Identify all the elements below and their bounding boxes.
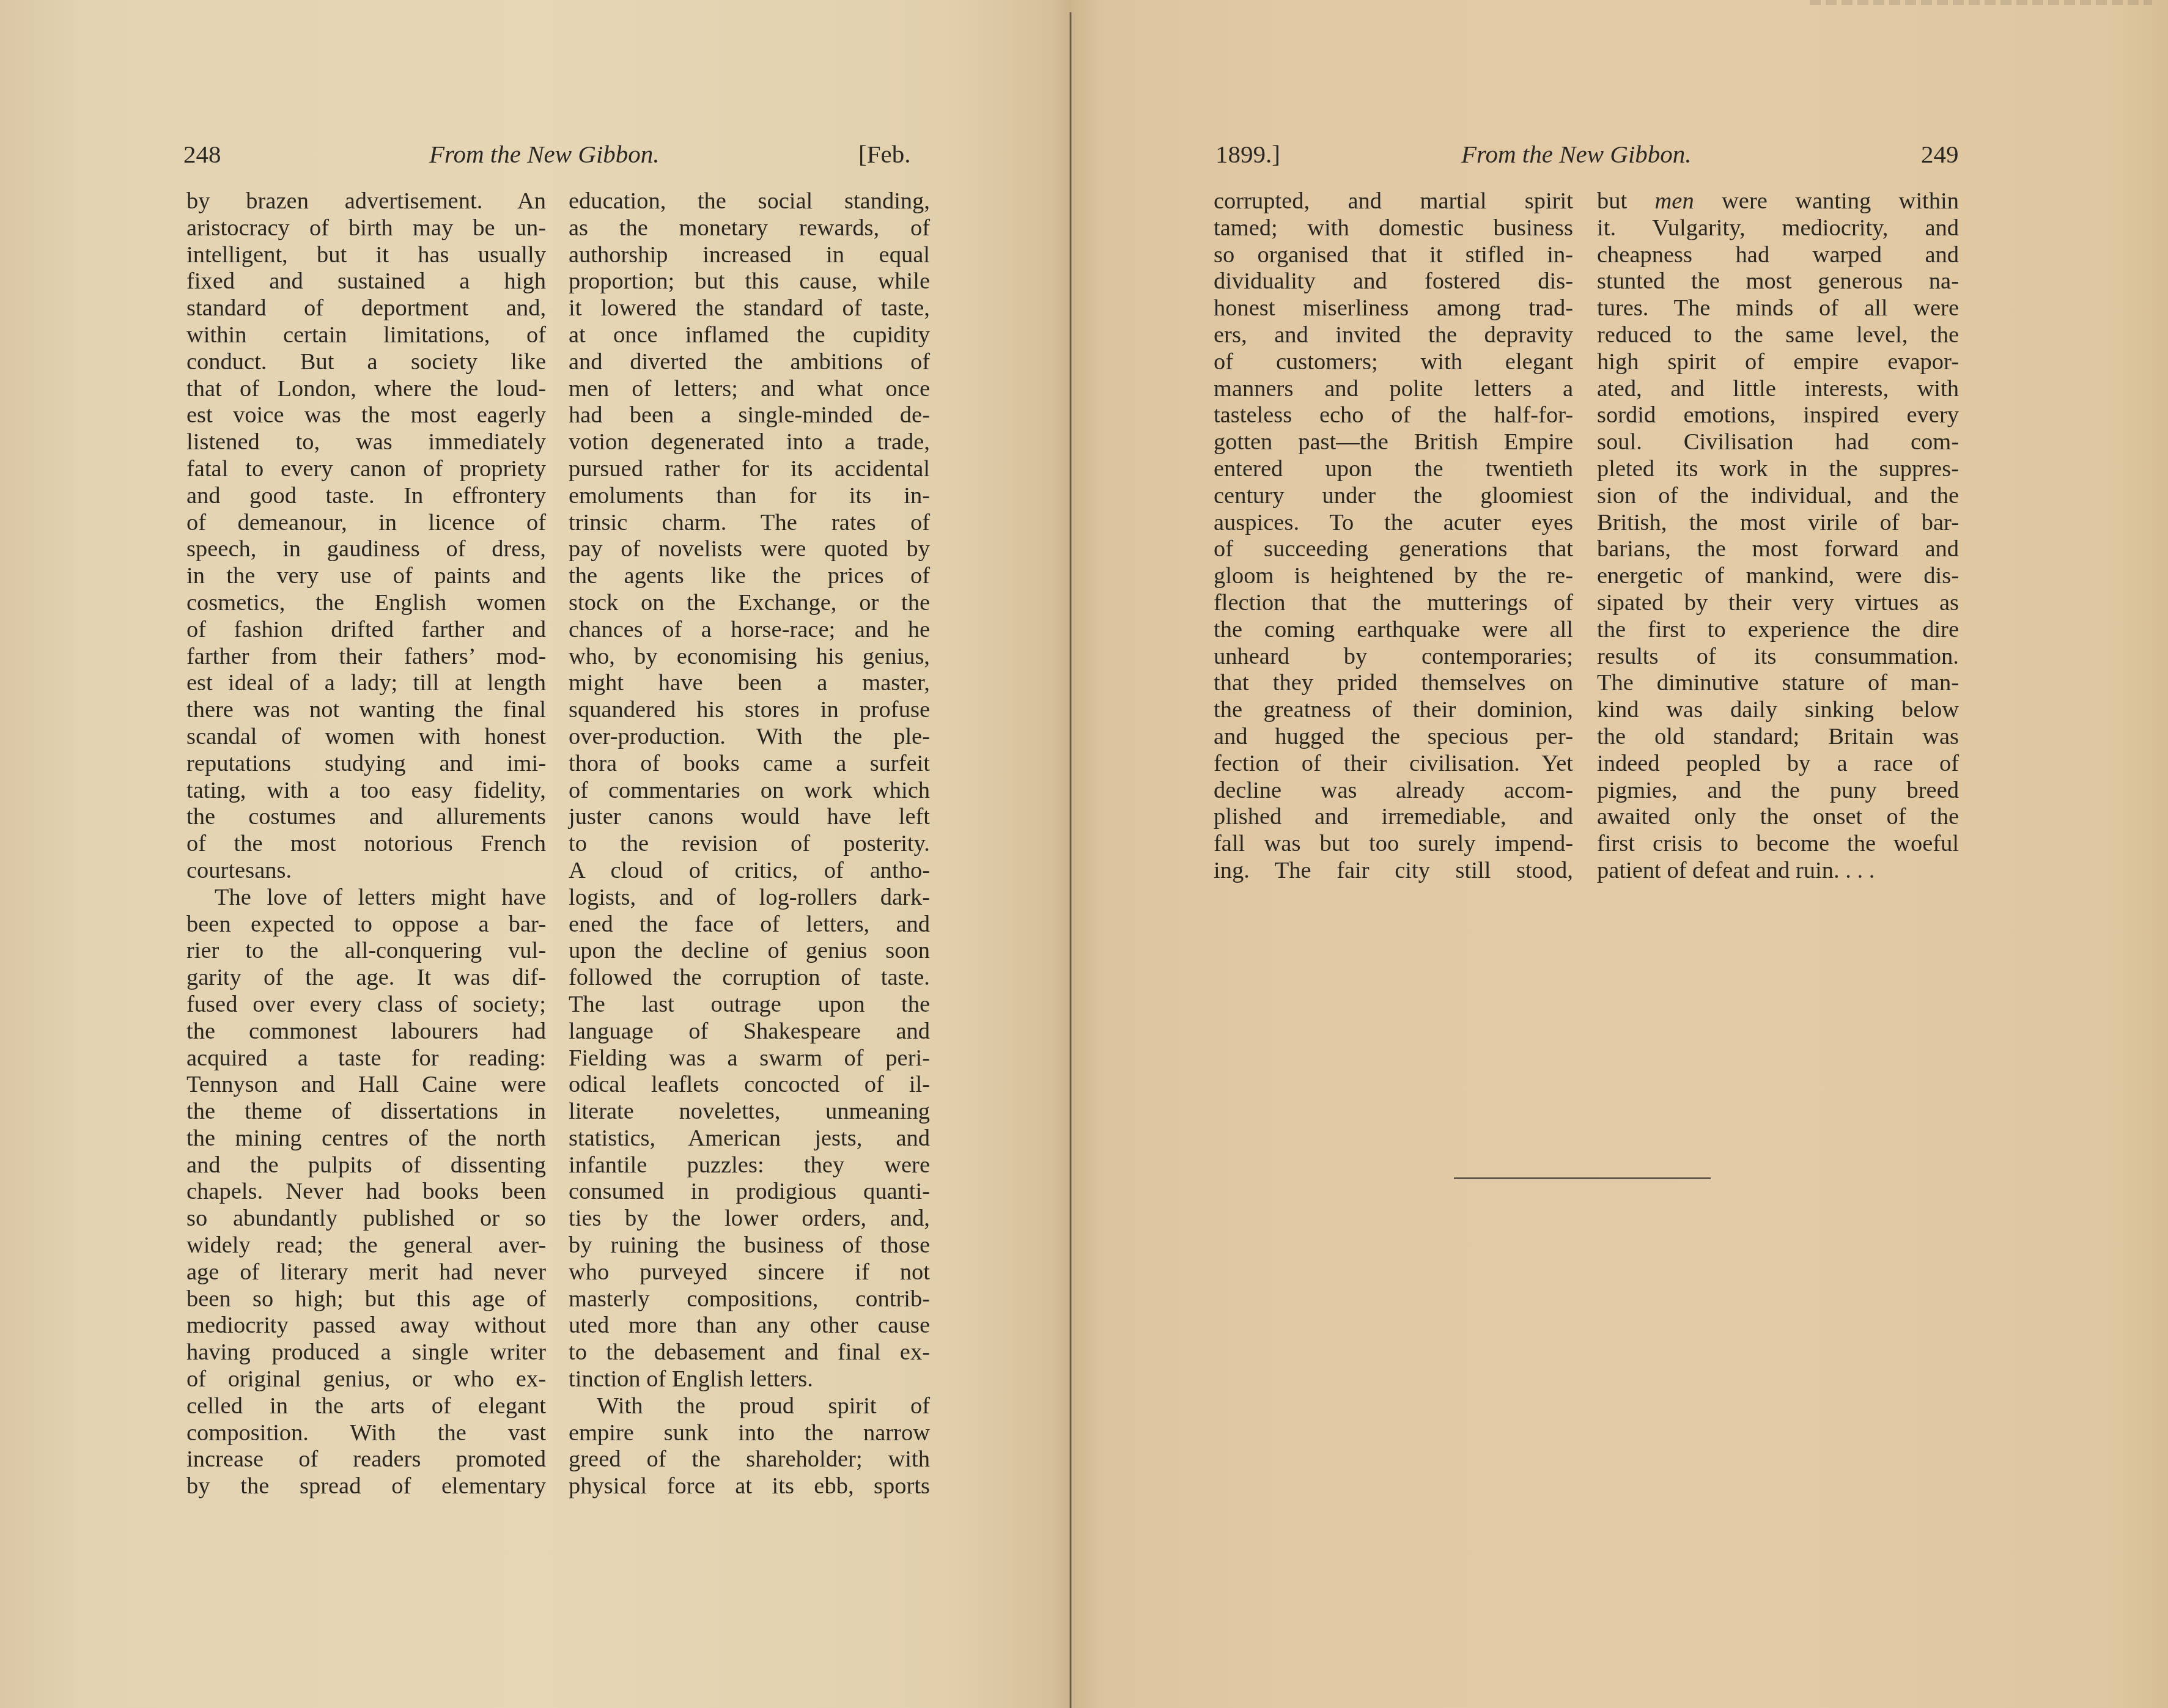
text-line: awaited only the onset of the	[1597, 804, 1959, 831]
text-line: who, by economising his genius,	[569, 644, 930, 671]
text-line: sordid emotions, inspired every	[1597, 402, 1959, 429]
text-line: at once inflamed the cupidity	[569, 322, 930, 349]
text-line: within certain limitations, of	[186, 322, 546, 349]
text-line: uted more than any other cause	[569, 1312, 930, 1339]
text-line: of fashion drifted farther and	[186, 617, 546, 644]
text-line: kind was daily sinking below	[1597, 697, 1959, 724]
book-spread: 248 From the New Gibbon. [Feb. by brazen…	[0, 0, 2168, 1708]
text-line: been so high; but this age of	[186, 1286, 546, 1313]
text-line: the agents like the prices of	[569, 563, 930, 590]
text-line: upon the decline of genius soon	[569, 938, 930, 965]
text-line: stock on the Exchange, or the	[569, 590, 930, 617]
text-line: authorship increased in equal	[569, 242, 930, 269]
text-line: the greatness of their dominion,	[1214, 697, 1573, 724]
text-line: that of London, where the loud-	[186, 376, 546, 403]
text-line: votion degenerated into a trade,	[569, 429, 930, 456]
text-line: education, the social standing,	[569, 188, 930, 215]
text-line: acquired a taste for reading:	[186, 1045, 546, 1072]
text-line: tasteless echo of the half-for-	[1214, 402, 1573, 429]
text-line: aristocracy of birth may be un-	[186, 215, 546, 242]
text-line: The diminutive stature of man-	[1597, 670, 1959, 697]
text-line: chances of a horse-race; and he	[569, 617, 930, 644]
text-line: there was not wanting the final	[186, 697, 546, 724]
text-line: A cloud of critics, of antho-	[569, 858, 930, 885]
text-line: honest miserliness among trad-	[1214, 295, 1573, 322]
text-line: fall was but too surely impend-	[1214, 831, 1573, 858]
text-line: soul. Civilisation had com-	[1597, 429, 1959, 456]
text-line: ties by the lower orders, and,	[569, 1206, 930, 1232]
text-line: ated, and little interests, with	[1597, 376, 1959, 403]
text-line: listened to, was immediately	[186, 429, 546, 456]
text-line: pigmies, and the puny breed	[1597, 778, 1959, 804]
text-line: that they prided themselves on	[1214, 670, 1573, 697]
text-line: scandal of women with honest	[186, 724, 546, 751]
text-line: thora of books came a surfeit	[569, 751, 930, 778]
bleed-through-text	[1810, 0, 2152, 5]
text-line: consumed in prodigious quanti-	[569, 1179, 930, 1206]
text-line: farther from their fathers’ mod-	[186, 644, 546, 671]
text-line: empire sunk into the narrow	[569, 1420, 930, 1447]
text-line: in the very use of paints and	[186, 563, 546, 590]
text-line: by ruining the business of those	[569, 1232, 930, 1259]
text-line: flection that the mutterings of	[1214, 590, 1573, 617]
text-line: auspices. To the acuter eyes	[1214, 510, 1573, 537]
text-column-2: but men were wanting withinit. Vulgarity…	[1597, 188, 1959, 885]
text-line: decline was already accom-	[1214, 778, 1573, 804]
text-line: of the most notorious French	[186, 831, 546, 858]
text-line: by brazen advertisement. An	[186, 188, 546, 215]
running-date: 1899.]	[1215, 136, 1280, 172]
text-line: est ideal of a lady; till at length	[186, 670, 546, 697]
text-line: ers, and invited the depravity	[1214, 322, 1573, 349]
page-248: 248 From the New Gibbon. [Feb. by brazen…	[0, 0, 1071, 1708]
text-line: high spirit of empire evapor-	[1597, 349, 1959, 376]
text-line: reputations studying and imi-	[186, 751, 546, 778]
text-line: The love of letters might have	[186, 885, 546, 911]
text-line: intelligent, but it has usually	[186, 242, 546, 269]
text-line: who purveyed sincere if not	[569, 1259, 930, 1286]
text-line: but men were wanting within	[1597, 188, 1959, 215]
text-line: century under the gloomiest	[1214, 483, 1573, 510]
text-line: The last outrage upon the	[569, 992, 930, 1018]
text-line: widely read; the general aver-	[186, 1232, 546, 1259]
text-line: first crisis to become the woeful	[1597, 831, 1959, 858]
text-column-2: education, the social standing,as the mo…	[569, 188, 930, 1500]
book-spine-gutter	[1069, 12, 1072, 1708]
text-line: so abundantly published or so	[186, 1206, 546, 1232]
running-title: From the New Gibbon.	[429, 136, 660, 172]
text-line: so organised that it stifled in-	[1214, 242, 1573, 269]
text-line: and hugged the specious per-	[1214, 724, 1573, 751]
text-line: unheard by contemporaries;	[1214, 644, 1573, 671]
text-line: standard of deportment and,	[186, 295, 546, 322]
text-line: indeed peopled by a race of	[1597, 751, 1959, 778]
text-line: fused over every class of society;	[186, 992, 546, 1018]
text-line: followed the corruption of taste.	[569, 965, 930, 992]
text-line: emoluments than for its in-	[569, 483, 930, 510]
text-line: cosmetics, the English women	[186, 590, 546, 617]
page-249: 1899.] From the New Gibbon. 249 corrupte…	[1071, 0, 2168, 1708]
text-line: composition. With the vast	[186, 1420, 546, 1447]
text-line: of customers; with elegant	[1214, 349, 1573, 376]
text-line: celled in the arts of elegant	[186, 1393, 546, 1420]
text-line: energetic of mankind, were dis-	[1597, 563, 1959, 590]
text-line: barians, the most forward and	[1597, 536, 1959, 563]
text-line: and the pulpits of dissenting	[186, 1152, 546, 1179]
text-line: pursued rather for its accidental	[569, 456, 930, 483]
text-line: increase of readers promoted	[186, 1446, 546, 1473]
italic-emphasis: men	[1655, 188, 1694, 214]
text-line: gloom is heightened by the re-	[1214, 563, 1573, 590]
running-date: [Feb.	[858, 136, 910, 172]
text-line: Fielding was a swarm of peri-	[569, 1045, 930, 1072]
running-title: From the New Gibbon.	[1461, 136, 1692, 172]
text-line: trinsic charm. The rates of	[569, 510, 930, 537]
running-head-left: 248 From the New Gibbon. [Feb.	[0, 136, 1071, 172]
text-line: the first to experience the dire	[1597, 617, 1959, 644]
text-line: as the monetary rewards, of	[569, 215, 930, 242]
end-of-article-rule	[1454, 1177, 1711, 1179]
text-line: to the debasement and final ex-	[569, 1339, 930, 1366]
text-line: speech, in gaudiness of dress,	[186, 536, 546, 563]
text-line: cheapness had warped and	[1597, 242, 1959, 269]
text-line: having produced a single writer	[186, 1339, 546, 1366]
text-line: pay of novelists were quoted by	[569, 536, 930, 563]
text-line: to the revision of posterity.	[569, 831, 930, 858]
page-number: 249	[1921, 136, 1959, 172]
text-line: pleted its work in the suppres-	[1597, 456, 1959, 483]
page-number: 248	[183, 136, 221, 172]
text-line: been expected to oppose a bar-	[186, 911, 546, 938]
text-line: it. Vulgarity, mediocrity, and	[1597, 215, 1959, 242]
text-line: of original genius, or who ex-	[186, 1366, 546, 1393]
text-line: squandered his stores in profuse	[569, 697, 930, 724]
text-line: est voice was the most eagerly	[186, 402, 546, 429]
text-column-1: by brazen advertisement. Anaristocracy o…	[186, 188, 546, 1500]
text-line: and diverted the ambitions of	[569, 349, 930, 376]
text-line: dividuality and fostered dis-	[1214, 268, 1573, 295]
text-line: greed of the shareholder; with	[569, 1446, 930, 1473]
text-line: literate novelettes, unmeaning	[569, 1099, 930, 1125]
text-line: odical leaflets concocted of il-	[569, 1072, 930, 1099]
text-line: and good taste. In effrontery	[186, 483, 546, 510]
text-line: the coming earthquake were all	[1214, 617, 1573, 644]
text-line: the costumes and allurements	[186, 804, 546, 831]
text-line: results of its consummation.	[1597, 644, 1959, 671]
text-line: of commentaries on work which	[569, 778, 930, 804]
text-line: entered upon the twentieth	[1214, 456, 1573, 483]
text-line: over-production. With the ple-	[569, 724, 930, 751]
text-line: tating, with a too easy fidelity,	[186, 778, 546, 804]
text-line: courtesans.	[186, 858, 546, 885]
running-head-right: 1899.] From the New Gibbon. 249	[1071, 136, 2168, 172]
text-line: men of letters; and what once	[569, 376, 930, 403]
text-line: manners and polite letters a	[1214, 376, 1573, 403]
text-line: tamed; with domestic business	[1214, 215, 1573, 242]
text-line: rier to the all-conquering vul-	[186, 938, 546, 965]
text-line: it lowered the standard of taste,	[569, 295, 930, 322]
text-line: the theme of dissertations in	[186, 1099, 546, 1125]
text-line: ened the face of letters, and	[569, 911, 930, 938]
text-line: infantile puzzles: they were	[569, 1152, 930, 1179]
text-line: tures. The minds of all were	[1597, 295, 1959, 322]
text-line: With the proud spirit of	[569, 1393, 930, 1420]
text-line: juster canons would have left	[569, 804, 930, 831]
text-line: sion of the individual, and the	[1597, 483, 1959, 510]
text-line: the old standard; Britain was	[1597, 724, 1959, 751]
text-line: of succeeding generations that	[1214, 536, 1573, 563]
text-line: tinction of English letters.	[569, 1366, 930, 1393]
text-line: proportion; but this cause, while	[569, 268, 930, 295]
text-line: chapels. Never had books been	[186, 1179, 546, 1206]
text-line: had been a single-minded de-	[569, 402, 930, 429]
text-line: ing. The fair city still stood,	[1214, 858, 1573, 885]
text-line: of demeanour, in licence of	[186, 510, 546, 537]
text-line: fixed and sustained a high	[186, 268, 546, 295]
text-line: age of literary merit had never	[186, 1259, 546, 1286]
text-line: stunted the most generous na-	[1597, 268, 1959, 295]
text-line: plished and irremediable, and	[1214, 804, 1573, 831]
text-line: language of Shakespeare and	[569, 1018, 930, 1045]
text-line: statistics, American jests, and	[569, 1125, 930, 1152]
text-line: patient of defeat and ruin. . . .	[1597, 858, 1959, 885]
text-line: conduct. But a society like	[186, 349, 546, 376]
text-line: by the spread of elementary	[186, 1473, 546, 1500]
text-line: logists, and of log-rollers dark-	[569, 885, 930, 911]
text-line: mediocrity passed away without	[186, 1312, 546, 1339]
text-line: Tennyson and Hall Caine were	[186, 1072, 546, 1099]
text-column-1: corrupted, and martial spirittamed; with…	[1214, 188, 1573, 885]
text-line: sipated by their very virtues as	[1597, 590, 1959, 617]
text-line: British, the most virile of bar-	[1597, 510, 1959, 537]
text-line: the commonest labourers had	[186, 1018, 546, 1045]
text-line: might have been a master,	[569, 670, 930, 697]
text-line: fatal to every canon of propriety	[186, 456, 546, 483]
text-line: garity of the age. It was dif-	[186, 965, 546, 992]
text-line: the mining centres of the north	[186, 1125, 546, 1152]
text-line: reduced to the same level, the	[1597, 322, 1959, 349]
text-line: fection of their civilisation. Yet	[1214, 751, 1573, 778]
text-line: masterly compositions, contrib-	[569, 1286, 930, 1313]
text-line: gotten past—the British Empire	[1214, 429, 1573, 456]
text-line: physical force at its ebb, sports	[569, 1473, 930, 1500]
text-line: corrupted, and martial spirit	[1214, 188, 1573, 215]
